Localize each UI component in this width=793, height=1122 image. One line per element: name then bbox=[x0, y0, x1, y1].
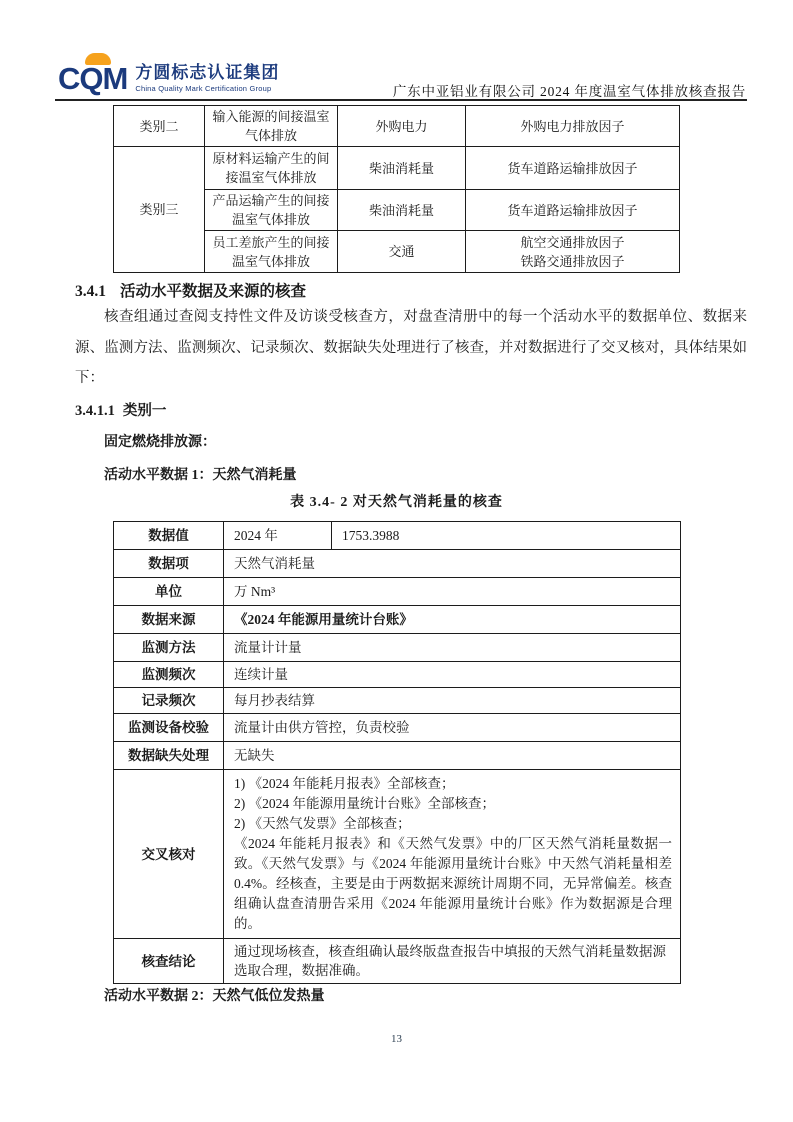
logo-names: 方圆标志认证集团 China Quality Mark Certificatio… bbox=[135, 63, 279, 94]
row-label: 数据缺失处理 bbox=[114, 742, 224, 770]
row-label: 单位 bbox=[114, 578, 224, 606]
section-number: 3.4.1 bbox=[75, 283, 106, 300]
cqm-logo: CQM 方圆标志认证集团 China Quality Mark Certific… bbox=[58, 52, 279, 94]
row-value: 连续计量 bbox=[224, 662, 681, 688]
section-title: 活动水平数据及来源的核查 bbox=[120, 283, 306, 300]
year-cell: 2024 年 bbox=[224, 522, 332, 550]
cross-check-item: 2) 《天然气发票》全部核查； bbox=[234, 814, 672, 834]
emission-source-label: 固定燃烧排放源： bbox=[104, 431, 216, 451]
logo-acronym: CQM bbox=[58, 64, 127, 94]
logo-cn-name: 方圆标志认证集团 bbox=[135, 63, 279, 82]
category-table: 类别二 输入能源的间接温室气体排放 外购电力 外购电力排放因子 类别三 原材料运… bbox=[113, 105, 680, 273]
row-label: 核查结论 bbox=[114, 939, 224, 984]
row-label: 监测频次 bbox=[114, 662, 224, 688]
subsection-heading: 3.4.1.1类别一 bbox=[75, 399, 166, 420]
page-number: 13 bbox=[0, 1033, 793, 1045]
row-value: 天然气消耗量 bbox=[224, 550, 681, 578]
row-value: 流量计计量 bbox=[224, 634, 681, 662]
factor-cell: 货车道路运输排放因子 bbox=[466, 147, 680, 190]
table-row: 核查结论 通过现场核查，核查组确认最终版盘查报告中填报的天然气消耗量数据源选取合… bbox=[114, 939, 681, 984]
row-label: 交叉核对 bbox=[114, 770, 224, 939]
desc-cell: 员工差旅产生的间接温室气体排放 bbox=[205, 231, 338, 273]
desc-cell: 产品运输产生的间接温室气体排放 bbox=[205, 190, 338, 231]
factor-cell: 外购电力排放因子 bbox=[466, 106, 680, 147]
row-value: 流量计由供方管控，负责校验 bbox=[224, 714, 681, 742]
table-row: 数据来源 《2024 年能源用量统计台账》 bbox=[114, 606, 681, 634]
row-label: 数据项 bbox=[114, 550, 224, 578]
cross-check-paragraph: 《2024 年能耗月报表》和《天然气发票》中的厂区天然气消耗量数据一致。《天然气… bbox=[234, 834, 672, 934]
category-cell: 类别三 bbox=[114, 147, 205, 273]
activity-data2-label: 活动水平数据 2：天然气低位发热量 bbox=[104, 985, 325, 1005]
row-label: 监测方法 bbox=[114, 634, 224, 662]
row-label: 数据值 bbox=[114, 522, 224, 550]
conclusion-cell: 通过现场核查，核查组确认最终版盘查报告中填报的天然气消耗量数据源选取合理，数据准… bbox=[224, 939, 681, 984]
row-value: 《2024 年能源用量统计台账》 bbox=[224, 606, 681, 634]
activity-cell: 交通 bbox=[338, 231, 466, 273]
table-row: 监测频次 连续计量 bbox=[114, 662, 681, 688]
table-row: 数据值 2024 年 1753.3988 bbox=[114, 522, 681, 550]
row-value: 每月抄表结算 bbox=[224, 688, 681, 714]
report-header-title: 广东中亚铝业有限公司 2024 年度温室气体排放核查报告 bbox=[393, 80, 746, 100]
factor-cell: 货车道路运输排放因子 bbox=[466, 190, 680, 231]
row-label: 监测设备校验 bbox=[114, 714, 224, 742]
table-row: 交叉核对 1) 《2024 年能耗月报表》全部核查； 2) 《2024 年能源用… bbox=[114, 770, 681, 939]
cqm-mark: CQM bbox=[58, 52, 127, 94]
table-row: 类别三 原材料运输产生的间接温室气体排放 柴油消耗量 货车道路运输排放因子 bbox=[114, 147, 680, 190]
activity-cell: 外购电力 bbox=[338, 106, 466, 147]
table-row: 监测方法 流量计计量 bbox=[114, 634, 681, 662]
logo-arc-icon bbox=[85, 53, 111, 65]
row-label: 数据来源 bbox=[114, 606, 224, 634]
table-row: 记录频次 每月抄表结算 bbox=[114, 688, 681, 714]
cross-check-item: 2) 《2024 年能源用量统计台账》全部核查； bbox=[234, 794, 672, 814]
desc-cell: 原材料运输产生的间接温室气体排放 bbox=[205, 147, 338, 190]
header-divider bbox=[55, 99, 747, 101]
verification-table: 数据值 2024 年 1753.3988 数据项 天然气消耗量 单位 万 Nm³… bbox=[113, 521, 681, 984]
table-row: 数据缺失处理 无缺失 bbox=[114, 742, 681, 770]
value-cell: 1753.3988 bbox=[332, 522, 681, 550]
table-row: 数据项 天然气消耗量 bbox=[114, 550, 681, 578]
section-paragraph: 核查组通过查阅支持性文件及访谈受核查方，对盘查清册中的每一个活动水平的数据单位、… bbox=[75, 302, 747, 394]
desc-cell: 输入能源的间接温室气体排放 bbox=[205, 106, 338, 147]
cross-check-cell: 1) 《2024 年能耗月报表》全部核查； 2) 《2024 年能源用量统计台账… bbox=[224, 770, 681, 939]
factor-cell: 航空交通排放因子 铁路交通排放因子 bbox=[466, 231, 680, 273]
subsection-title: 类别一 bbox=[123, 403, 167, 419]
cross-check-item: 1) 《2024 年能耗月报表》全部核查； bbox=[234, 774, 672, 794]
activity-data1-label: 活动水平数据 1：天然气消耗量 bbox=[104, 464, 297, 484]
activity-cell: 柴油消耗量 bbox=[338, 190, 466, 231]
row-value: 万 Nm³ bbox=[224, 578, 681, 606]
subsection-number: 3.4.1.1 bbox=[75, 403, 115, 419]
row-label: 记录频次 bbox=[114, 688, 224, 714]
logo-en-name: China Quality Mark Certification Group bbox=[135, 84, 279, 93]
table-row: 类别二 输入能源的间接温室气体排放 外购电力 外购电力排放因子 bbox=[114, 106, 680, 147]
table-row: 监测设备校验 流量计由供方管控，负责校验 bbox=[114, 714, 681, 742]
table-caption: 表 3.4- 2 对天然气消耗量的核查 bbox=[113, 491, 680, 511]
row-value: 无缺失 bbox=[224, 742, 681, 770]
category-cell: 类别二 bbox=[114, 106, 205, 147]
activity-cell: 柴油消耗量 bbox=[338, 147, 466, 190]
section-heading: 3.4.1活动水平数据及来源的核查 bbox=[75, 279, 306, 301]
table-row: 单位 万 Nm³ bbox=[114, 578, 681, 606]
